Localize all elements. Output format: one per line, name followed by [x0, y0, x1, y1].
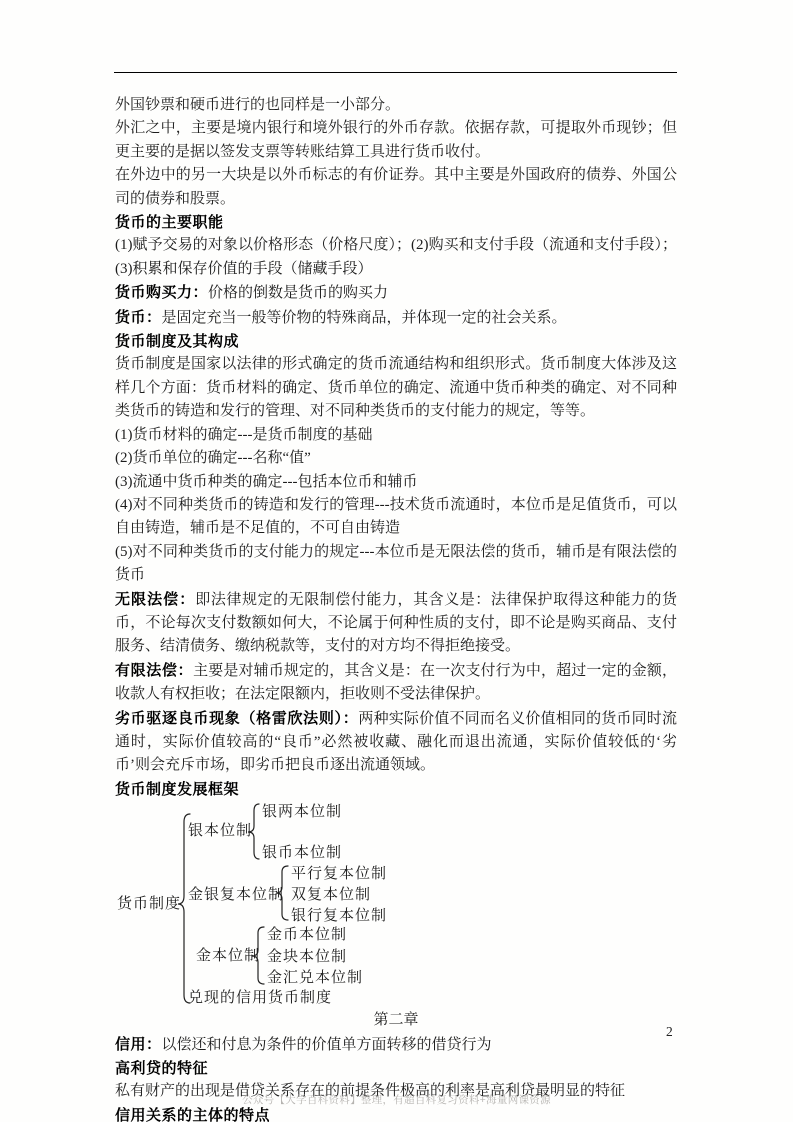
document-body: 外国钞票和硬币进行的也同样是一小部分。 外汇之中，主要是境内银行和境外银行的外币… — [115, 94, 677, 1122]
diagram-leaf-label: 金块本位制 — [267, 949, 347, 966]
section-heading: 货币制度发展框架 — [115, 778, 677, 801]
diagram-leaf-label: 双复本位制 — [291, 887, 371, 904]
diagram-leaf-label: 银币本位制 — [262, 845, 342, 862]
list-item: (5)对不同种类货币的支付能力的规定---本位币是无限法偿的货币，辅币是有限法偿… — [115, 541, 677, 588]
diagram-root-label: 货币制度 — [117, 896, 181, 913]
term-definition: 有限法偿：主要是对辅币规定的，其含义是：在一次支付行为中，超过一定的金额，收款人… — [115, 659, 677, 707]
term-label: 货币： — [115, 309, 162, 326]
term-label: 信用： — [115, 1036, 162, 1053]
section-heading: 货币制度及其构成 — [115, 330, 677, 353]
term-definition: 货币：是固定充当一般等价物的特殊商品，并体现一定的社会关系。 — [115, 306, 677, 330]
diagram-group-label: 兑现的信用货币制度 — [188, 990, 332, 1007]
term-label: 无限法偿： — [115, 591, 195, 608]
list-item: (4)对不同种类货币的铸造和发行的管理---技术货币流通时，本位币是足值货币，可… — [115, 494, 677, 541]
diagram-group-label: 金银复本位制 — [188, 887, 284, 904]
chapter-heading: 第二章 — [115, 1009, 677, 1032]
paragraph: (1)赋予交易的对象以价格形态（价格尺度）；(2)购买和支付手段（流通和支付手段… — [115, 234, 677, 281]
list-item: (3)流通中货币种类的确定---包括本位币和辅币 — [115, 471, 677, 494]
paragraph: 在外边中的另一大块是以外币标志的有价证券。其中主要是外国政府的债券、外国公司的债… — [115, 164, 677, 211]
term-text: 价格的倒数是货币的购买力 — [208, 285, 388, 301]
list-item: (1)货币材料的确定---是货币制度的基础 — [115, 424, 677, 447]
term-definition: 货币购买力：价格的倒数是货币的购买力 — [115, 281, 677, 305]
section-heading: 高利贷的特征 — [115, 1057, 677, 1080]
diagram-leaf-label: 平行复本位制 — [291, 866, 387, 883]
document-page: 外国钞票和硬币进行的也同样是一小部分。 外汇之中，主要是境内银行和境外银行的外币… — [0, 0, 793, 1122]
header-rule — [114, 72, 677, 73]
term-definition: 劣币驱逐良币现象（格雷欣法则）：两种实际价值不同而名义价值相同的货币同时流通时，… — [115, 707, 677, 778]
term-definition: 无限法偿：即法律规定的无限制偿付能力，其含义是：法律保护取得这种能力的货币，不论… — [115, 588, 677, 659]
diagram-leaf-label: 银行复本位制 — [291, 908, 387, 925]
diagram-group-label: 金本位制 — [196, 948, 260, 965]
footer-watermark: 公众号【大学百科资料】整理，有超百科复习资料+海量网课资源 — [0, 1092, 793, 1107]
term-text: 以偿还和付息为条件的价值单方面转移的借贷行为 — [162, 1037, 492, 1053]
term-text: 主要是对辅币规定的，其含义是：在一次支付行为中，超过一定的金额，收款人有权拒收；… — [115, 663, 677, 702]
paragraph: 外汇之中，主要是境内银行和境外银行的外币存款。依据存款，可提取外币现钞；但更主要… — [115, 117, 677, 164]
diagram-leaf-label: 金币本位制 — [267, 927, 347, 944]
paragraph: 外国钞票和硬币进行的也同样是一小部分。 — [115, 94, 677, 117]
page-number: 2 — [666, 1024, 673, 1040]
term-label: 有限法偿： — [115, 662, 193, 679]
term-label: 劣币驱逐良币现象（格雷欣法则）： — [115, 710, 358, 727]
monetary-system-diagram: 货币制度 银本位制 银两本位制 银币本位制 金银复本位制 平行复本位制 双复本位… — [115, 801, 677, 1009]
list-item: (2)货币单位的确定---名称“值” — [115, 447, 677, 470]
term-label: 货币购买力： — [115, 284, 208, 301]
section-heading: 货币的主要职能 — [115, 211, 677, 234]
term-text: 即法律规定的无限制偿付能力，其含义是：法律保护取得这种能力的货币，不论每次支付数… — [115, 592, 677, 655]
diagram-leaf-label: 银两本位制 — [262, 804, 342, 821]
term-definition: 信用：以偿还和付息为条件的价值单方面转移的借贷行为 — [115, 1033, 677, 1057]
diagram-leaf-label: 金汇兑本位制 — [267, 970, 363, 987]
diagram-group-label: 银本位制 — [188, 823, 252, 840]
paragraph: 货币制度是国家以法律的形式确定的货币流通结构和组织形式。货币制度大体涉及这样几个… — [115, 353, 677, 423]
term-text: 是固定充当一般等价物的特殊商品，并体现一定的社会关系。 — [162, 310, 567, 326]
